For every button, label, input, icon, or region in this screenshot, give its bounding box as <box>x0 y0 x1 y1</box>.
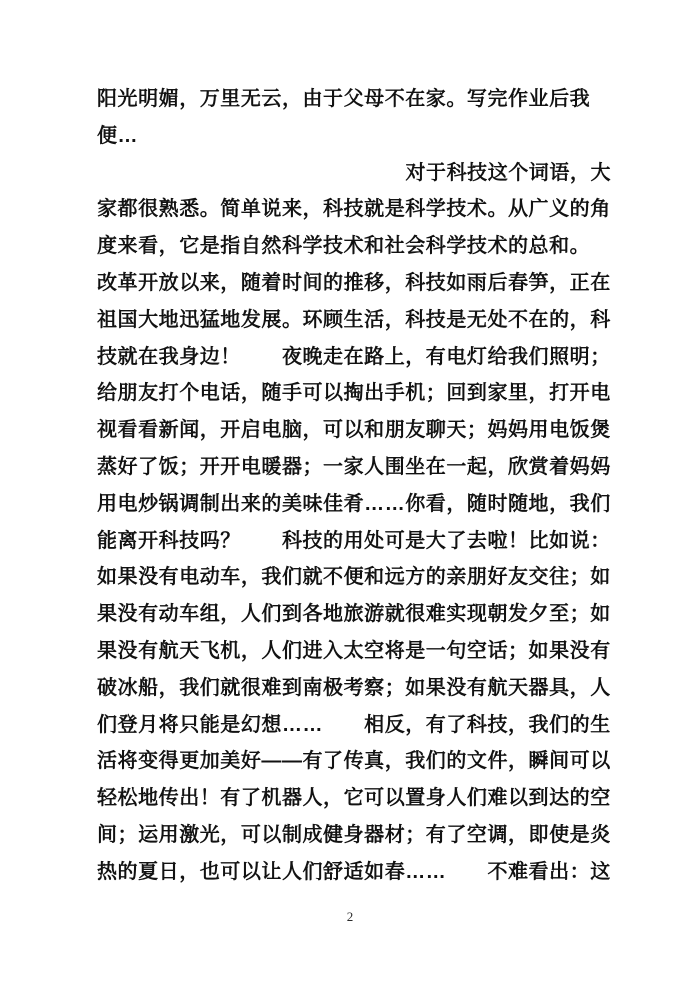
text-line: 家都很熟悉。简单说来，科技就是科学技术。从广义的角 <box>97 191 611 228</box>
text-line: 蒸好了饭；开开电暖器；一家人围坐在一起，欣赏着妈妈 <box>97 449 611 486</box>
text-line: 间；运用激光，可以制成健身器材；有了空调，即使是炎 <box>97 817 611 854</box>
text-line: 便… <box>97 118 611 155</box>
text-line: 如果没有电动车，我们就不便和远方的亲朋好友交往；如 <box>97 559 611 596</box>
text-line: 破冰船，我们就很难到南极考察；如果没有航天器具，人 <box>97 670 611 707</box>
text-line: 用电炒锅调制出来的美味佳肴……你看，随时随地，我们 <box>97 486 611 523</box>
text-line: 技就在我身边！ 夜晚走在路上，有电灯给我们照明； <box>97 339 611 376</box>
text-line: 度来看，它是指自然科学技术和社会科学技术的总和。 <box>97 228 611 265</box>
text-line: 阳光明媚，万里无云，由于父母不在家。写完作业后我 <box>97 81 611 118</box>
text-line: 对于科技这个词语，大 <box>97 155 611 192</box>
text-line: 们登月将只能是幻想…… 相反，有了科技，我们的生 <box>97 707 611 744</box>
text-line: 果没有航天飞机，人们进入太空将是一句空话；如果没有 <box>97 633 611 670</box>
page-number: 2 <box>0 909 700 925</box>
text-line: 给朋友打个电话，随手可以掏出手机；回到家里，打开电 <box>97 375 611 412</box>
text-line: 能离开科技吗？ 科技的用处可是大了去啦！比如说： <box>97 523 611 560</box>
document-page: 阳光明媚，万里无云，由于父母不在家。写完作业后我 便… 对于科技这个词语，大 家… <box>0 0 700 989</box>
text-line: 果没有动车组，人们到各地旅游就很难实现朝发夕至；如 <box>97 596 611 633</box>
text-line: 改革开放以来，随着时间的推移，科技如雨后春笋，正在 <box>97 265 611 302</box>
text-line: 祖国大地迅猛地发展。环顾生活，科技是无处不在的，科 <box>97 302 611 339</box>
text-line: 轻松地传出！有了机器人，它可以置身人们难以到达的空 <box>97 780 611 817</box>
essay-body: 阳光明媚，万里无云，由于父母不在家。写完作业后我 便… 对于科技这个词语，大 家… <box>97 81 611 891</box>
text-line: 活将变得更加美好——有了传真，我们的文件，瞬间可以 <box>97 743 611 780</box>
text-line: 视看看新闻，开启电脑，可以和朋友聊天；妈妈用电饭煲 <box>97 412 611 449</box>
text-line: 热的夏日，也可以让人们舒适如春…… 不难看出：这 <box>97 854 611 891</box>
